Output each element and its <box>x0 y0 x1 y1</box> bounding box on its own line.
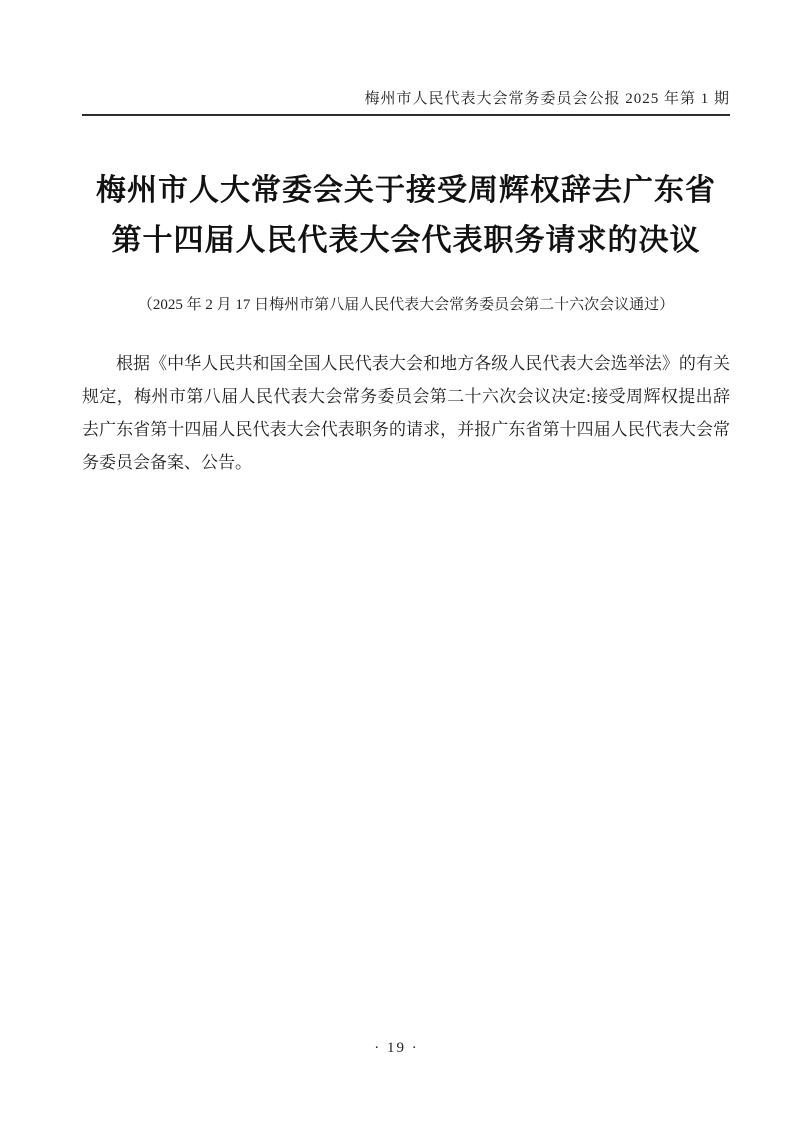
running-header: 梅州市人民代表大会常务委员会公报 2025 年第 1 期 <box>82 90 730 114</box>
page-number: · 19 · <box>0 1040 793 1057</box>
adoption-note: （2025 年 2 月 17 日梅州市第八届人民代表大会常务委员会第二十六次会议… <box>82 296 730 314</box>
body-paragraph: 根据《中华人民共和国全国人民代表大会和地方各级人民代表大会选举法》的有关规定，梅… <box>82 347 730 479</box>
content-area: 梅州市人民代表大会常务委员会公报 2025 年第 1 期 梅州市人大常委会关于接… <box>82 0 730 479</box>
document-title: 梅州市人大常委会关于接受周辉权辞去广东省 第十四届人民代表大会代表职务请求的决议 <box>82 166 730 266</box>
title-line-2: 第十四届人民代表大会代表职务请求的决议 <box>82 216 730 266</box>
document-page: 梅州市人民代表大会常务委员会公报 2025 年第 1 期 梅州市人大常委会关于接… <box>0 0 793 1122</box>
title-line-1: 梅州市人大常委会关于接受周辉权辞去广东省 <box>82 166 730 216</box>
header-rule <box>82 114 730 116</box>
